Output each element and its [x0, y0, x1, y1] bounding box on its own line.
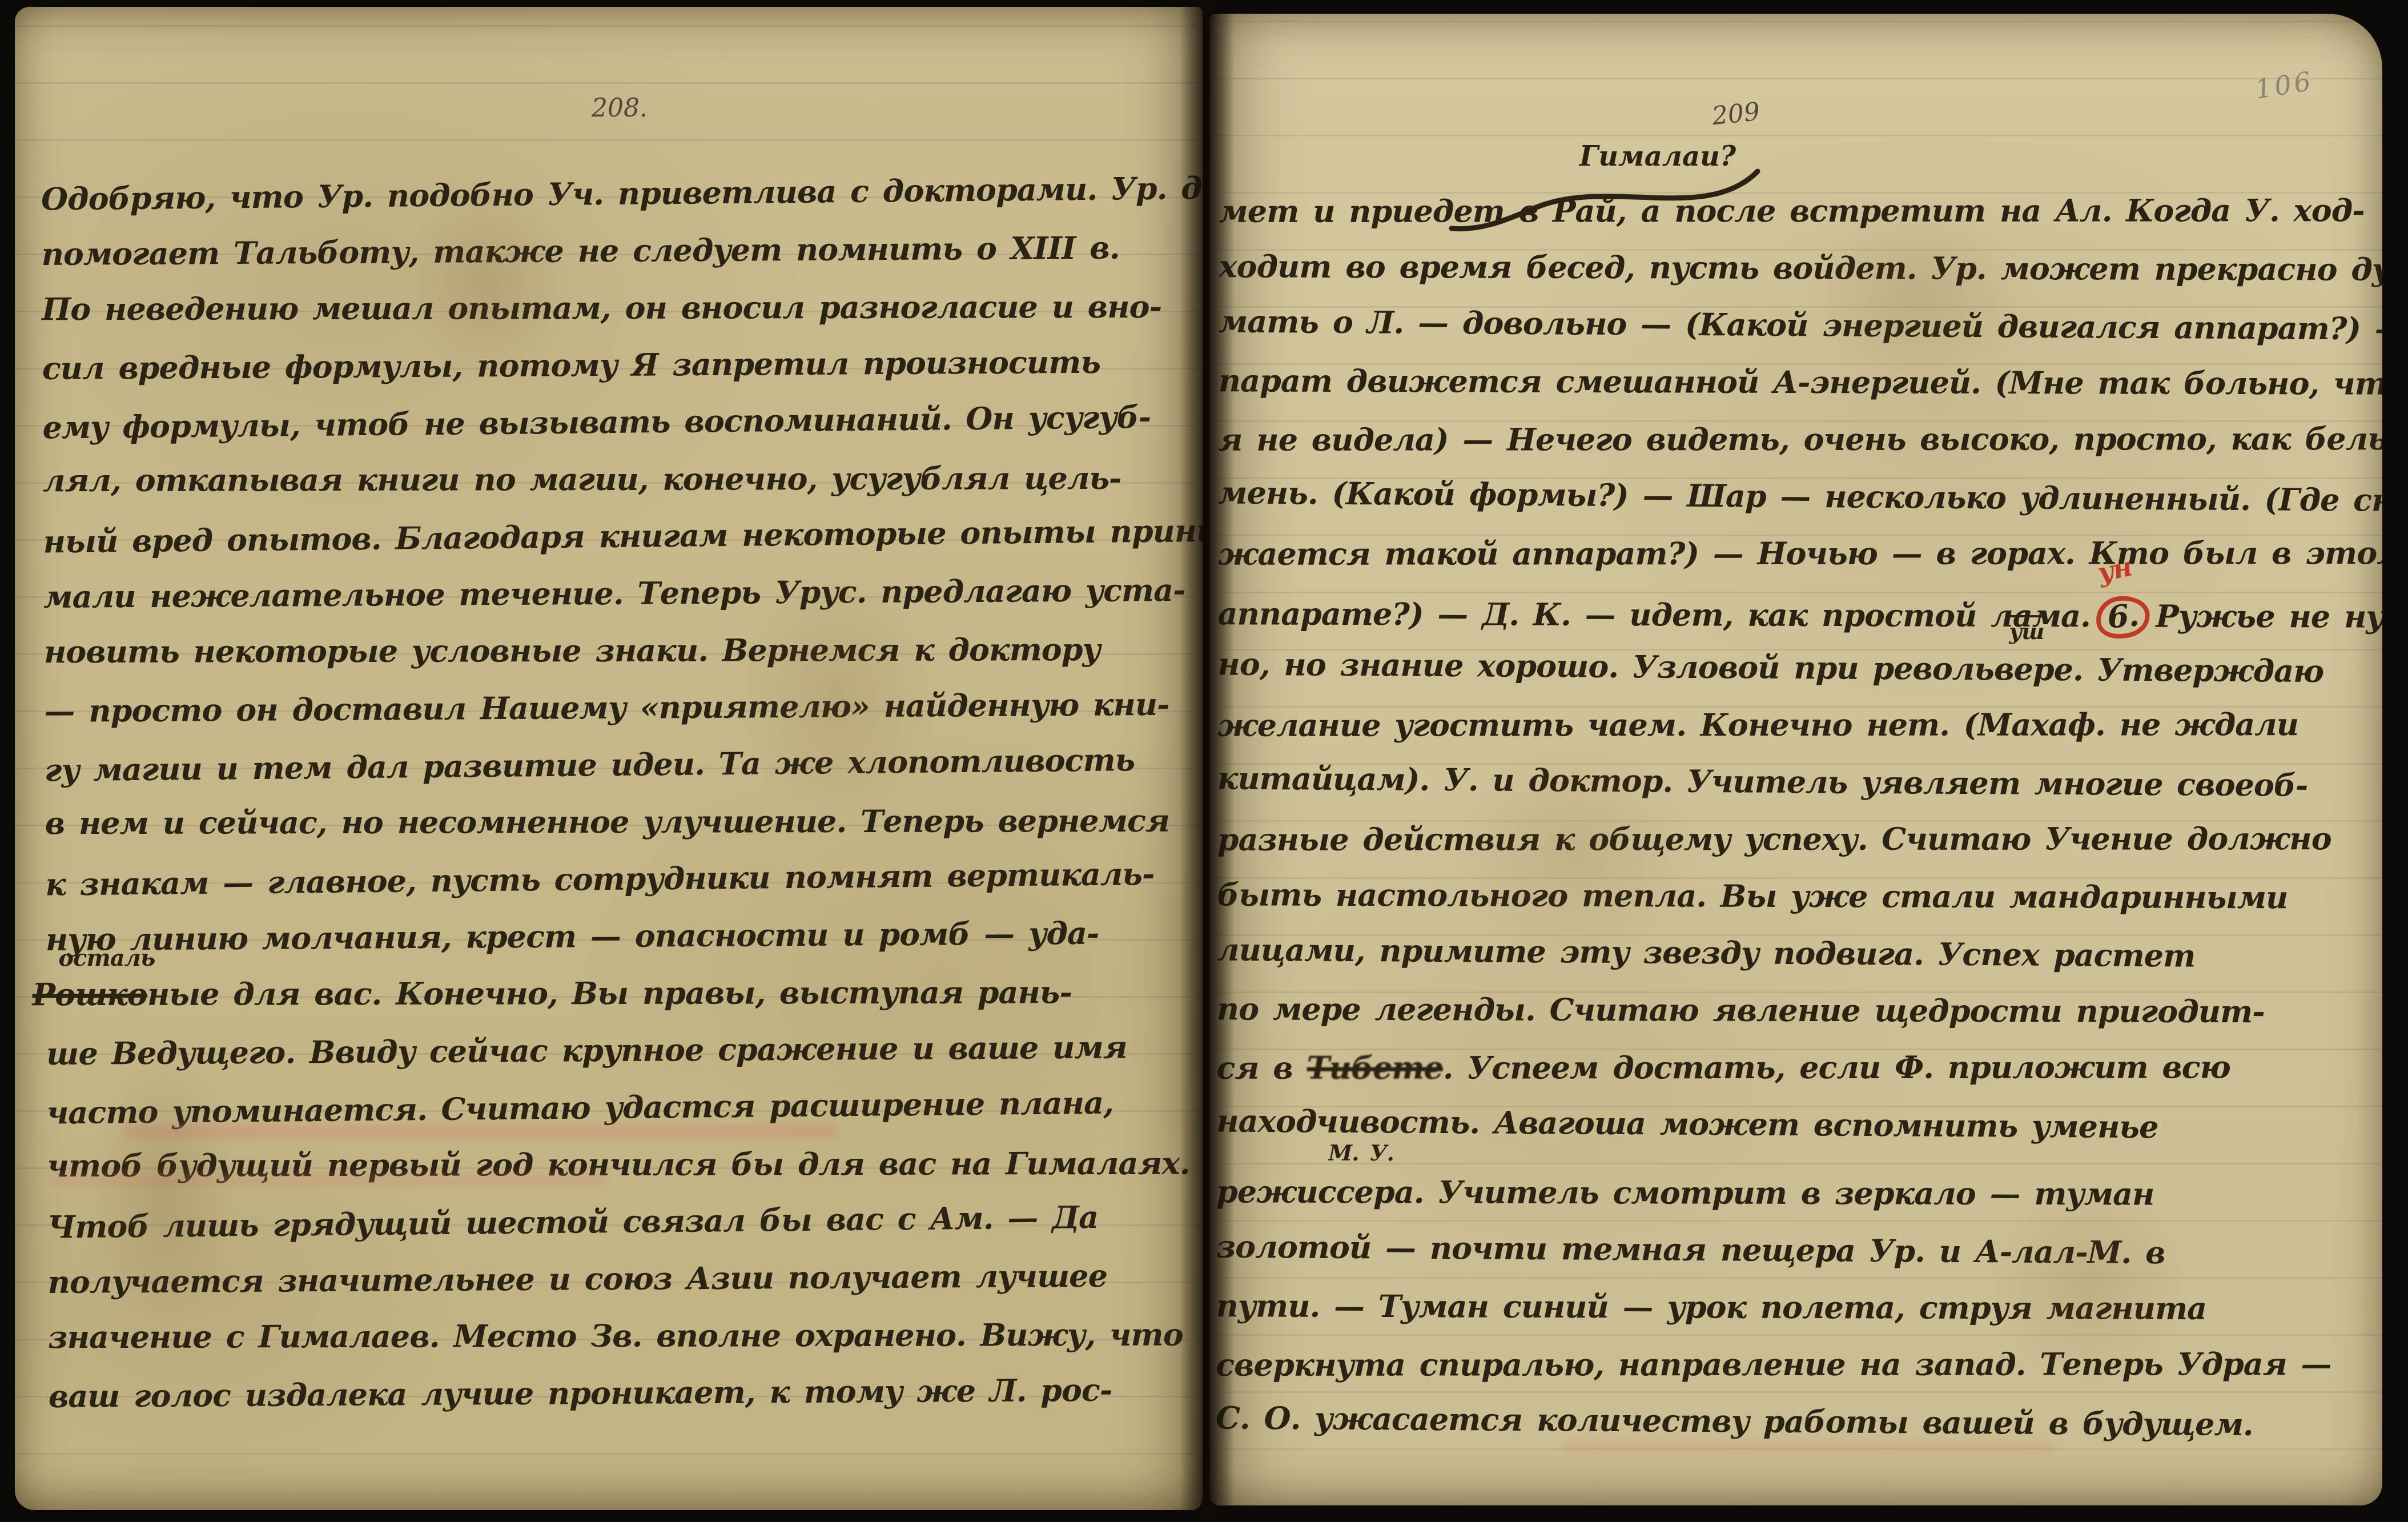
manuscript-line: чтоб будущий первый год кончился бы для …: [47, 1148, 1192, 1182]
manuscript-line: мали нежелательное течение. Теперь Урус.…: [43, 575, 1189, 612]
manuscript-line: получается значительнее и союз Азии полу…: [47, 1260, 1193, 1298]
manuscript-line: гу магии и тем дал развитие идеи. Та же …: [45, 744, 1190, 785]
manuscript-line: я не видела) — Нечего видеть, очень высо…: [1218, 423, 2370, 455]
line-text: аппарате?) — Д. К. — идет, как простой л…: [1218, 595, 2091, 634]
manuscript-line: но, но знание хорошо. Узловой при револь…: [1217, 648, 2370, 686]
right-page-text: мет и приедет в Рай, а после встретит на…: [1209, 14, 2382, 1505]
manuscript-line: по мере легенды. Считаю явление щедрости…: [1217, 993, 2369, 1027]
manuscript-line: лицами, примите эту звезду подвига. Успе…: [1217, 934, 2369, 972]
manuscript-line: ную линию молчания, крест — опасности и …: [46, 917, 1191, 955]
manuscript-line: сверкнута спиралью, направление на запад…: [1216, 1348, 2368, 1380]
manuscript-line: быть настольного тепла. Вы уже стали ман…: [1217, 879, 2369, 913]
manuscript-line: пути. — Туман синий — урок полета, струя…: [1216, 1290, 2368, 1324]
manuscript-line: ваш голос издалека лучше проникает, к то…: [49, 1374, 1194, 1412]
manuscript-line: режиссера. Учитель смотрит в зеркало — т…: [1216, 1176, 2369, 1210]
manuscript-line: значение с Гималаев. Место Зв. вполне ох…: [48, 1319, 1193, 1353]
circled-number: 6.: [2106, 596, 2140, 635]
left-page: 208. Одобряю, что Ур. подобно Уч. привет…: [15, 7, 1203, 1510]
strikethrough-word: Тибете: [1306, 1050, 1442, 1086]
manuscript-line: находчивость. Авагоша может вспомнить ум…: [1216, 1105, 2369, 1143]
manuscript-line: ему формулы, чтоб не вызывать воспоминан…: [42, 401, 1188, 443]
manuscript-line: к знакам — главное, пусть сотрудники пом…: [45, 858, 1191, 899]
manuscript-line: жается такой аппарат?) — Ночью — в горах…: [1218, 537, 2370, 569]
line-text: Ружье не нуж-: [2156, 598, 2382, 635]
manuscript-line: парат движется смешанной А-энергией. (Мн…: [1219, 365, 2371, 399]
manuscript-line: С. О. ужасается количеству работы вашей …: [1216, 1402, 2368, 1440]
manuscript-line: ный вред опытов. Благодаря книгам некото…: [43, 515, 1188, 557]
manuscript-line: китайцам). У. и доктор. Учитель уявляет …: [1217, 762, 2370, 801]
manuscript-line: помогает Тальботу, также не следует помн…: [41, 232, 1187, 270]
manuscript-line: желание угостить чаем. Конечно нет. (Мах…: [1217, 709, 2370, 741]
strikethrough-word: Рошко: [32, 976, 147, 1013]
manuscript-scan: 208. Одобряю, что Ур. подобно Уч. привет…: [0, 0, 2408, 1522]
manuscript-line: сил вредные формулы, потому Я запретил п…: [42, 346, 1188, 384]
ink-insertion: уш: [2009, 615, 2044, 644]
manuscript-line: Чтоб лишь грядущий шестой связал бы вас …: [47, 1200, 1193, 1242]
manuscript-line-with-correction: остальРошконые для вас. Конечно, Вы прав…: [32, 977, 1191, 1010]
inserted-word: осталь: [58, 947, 155, 970]
manuscript-line: в нем и сейчас, но несомненное улучшение…: [45, 805, 1191, 839]
red-vii-mark: ун: [2095, 553, 2134, 586]
manuscript-line: ходит во время бесед, пусть войдет. Ур. …: [1219, 251, 2371, 284]
manuscript-line: лял, откапывая книги по магии, конечно, …: [43, 463, 1188, 496]
manuscript-line: мать о Л. — довольно — (Какой энергией д…: [1219, 306, 2371, 344]
red-circle-annotation: ун6.: [2095, 594, 2152, 641]
manuscript-line: новить некоторые условные знаки. Вернемс…: [44, 634, 1189, 668]
manuscript-line: ше Ведущего. Ввиду сейчас крупное сражен…: [46, 1031, 1192, 1069]
manuscript-line: Одобряю, что Ур. подобно Уч. приветлива …: [41, 172, 1187, 214]
manuscript-line: мень. (Какой формы?) — Шар — несколько у…: [1218, 477, 2370, 515]
line-text: ся в: [1217, 1050, 1293, 1086]
manuscript-line: золотой — почти темная пещера Ур. и А-ла…: [1216, 1231, 2369, 1269]
manuscript-line-with-correction: ся в Тибете. Успеем достать, если Ф. при…: [1217, 1051, 2369, 1083]
left-page-text: Одобряю, что Ур. подобно Уч. приветлива …: [15, 7, 1203, 1510]
manuscript-line: По неведению мешал опытам, он вносил раз…: [42, 291, 1187, 325]
manuscript-line: часто упоминается. Считаю удастся расшир…: [47, 1086, 1192, 1128]
ink-insertion: М. У.: [1328, 1139, 1394, 1166]
line-text: ные для вас. Конечно, Вы правы, выступая…: [147, 974, 1072, 1013]
right-page: 209 106 Гималаи? мет и приедет в Рай, а …: [1209, 14, 2382, 1505]
manuscript-line: мет и приедет в Рай, а после встретит на…: [1219, 195, 2371, 227]
manuscript-line-with-red-circle: аппарате?) — Д. К. — идет, как простой л…: [1218, 593, 2370, 638]
manuscript-line: — просто он доставил Нашему «приятелю» н…: [44, 689, 1189, 726]
manuscript-line: разные действия к общему успеху. Считаю …: [1217, 823, 2370, 855]
line-text: . Успеем достать, если Ф. приложит всю: [1443, 1049, 2230, 1086]
